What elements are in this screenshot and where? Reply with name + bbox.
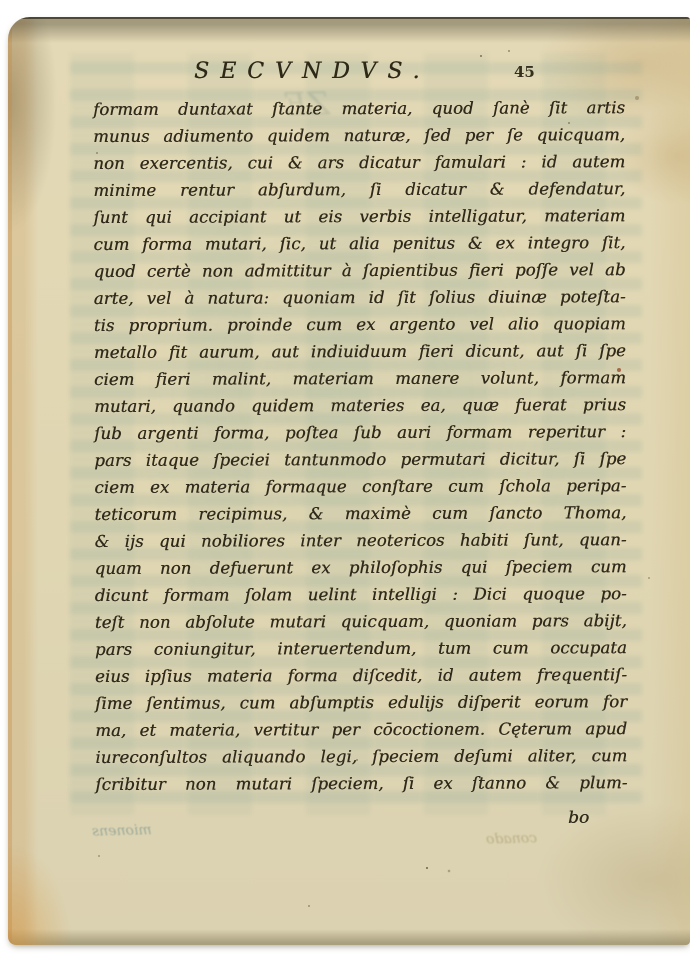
paper-sheet: ZE SECVNDVS. 45 formam duntaxat ſtante m… [8,17,690,945]
text-line: ma, et materia, vertitur per cōcoctionem… [95,715,627,744]
text-line: quod certè non admittitur à ſapientibus … [94,256,626,285]
text-line: metallo fit aurum, aut indiuiduum fieri … [94,337,626,366]
text-line: formam duntaxat ſtante materia, quod ſan… [93,94,625,123]
text-line: iureconſultos aliquando legi, ſpeciem de… [95,742,627,771]
scanned-book-page: ZE SECVNDVS. 45 formam duntaxat ſtante m… [0,0,690,976]
text-line: cum forma mutari, ſic, ut alia penitus &… [93,229,625,258]
paper-speckles [8,17,10,19]
text-line: mutari, quando quidem materies ea, quæ f… [94,391,626,420]
text-line: pars coniungitur, interuertendum, tum cu… [95,634,627,663]
text-line: dicunt formam ſolam uelint intelligi : D… [95,580,627,609]
text-line: ciem fieri malint, materiam manere volun… [94,364,626,393]
text-line: ſcribitur non mutari ſpeciem, ſi ex ſtan… [95,769,627,798]
text-line: quam non defuerunt ex philoſophis qui ſp… [95,553,627,582]
catchword: bo [568,808,589,828]
text-line: teſt non abſolute mutari quicquam, quoni… [95,607,627,636]
text-line: non exercentis, cui & ars dicatur famula… [93,148,625,177]
page-number: 45 [514,63,535,81]
text-line: ſub argenti forma, poſtea ſub auri forma… [94,418,626,447]
text-line: munus adiumento quidem naturæ, ſed per ſ… [93,121,625,150]
bleedthrough-text-right: conado [486,830,537,847]
text-line: ſime ſentimus, cum abſumptis edulijs diſ… [95,688,627,717]
running-title: SECVNDVS. [194,59,431,84]
text-line: eius ipſius materia forma diſcedit, id a… [95,661,627,690]
text-line: ſunt qui accipiant ut eis verbis intelli… [93,202,625,231]
text-line: tis proprium. proinde cum ex argento vel… [94,310,626,339]
bleedthrough-text-left: mionens [92,822,152,840]
text-line: pars itaque ſpeciei tantunmodo permutari… [94,445,626,474]
text-line: & ijs qui nobiliores inter neotericos ha… [95,526,627,555]
text-line: teticorum recipimus, & maximè cum ſancto… [94,499,626,528]
page-header: ZE SECVNDVS. 45 [8,57,690,93]
body-text-block: formam duntaxat ſtante materia, quod ſan… [93,94,627,798]
text-line: ciem ex materia formaque conſtare cum ſc… [94,472,626,501]
text-line: minime rentur abſurdum, ſi dicatur & def… [93,175,625,204]
text-line: arte, vel à natura: quoniam id ſit ſoliu… [94,283,626,312]
